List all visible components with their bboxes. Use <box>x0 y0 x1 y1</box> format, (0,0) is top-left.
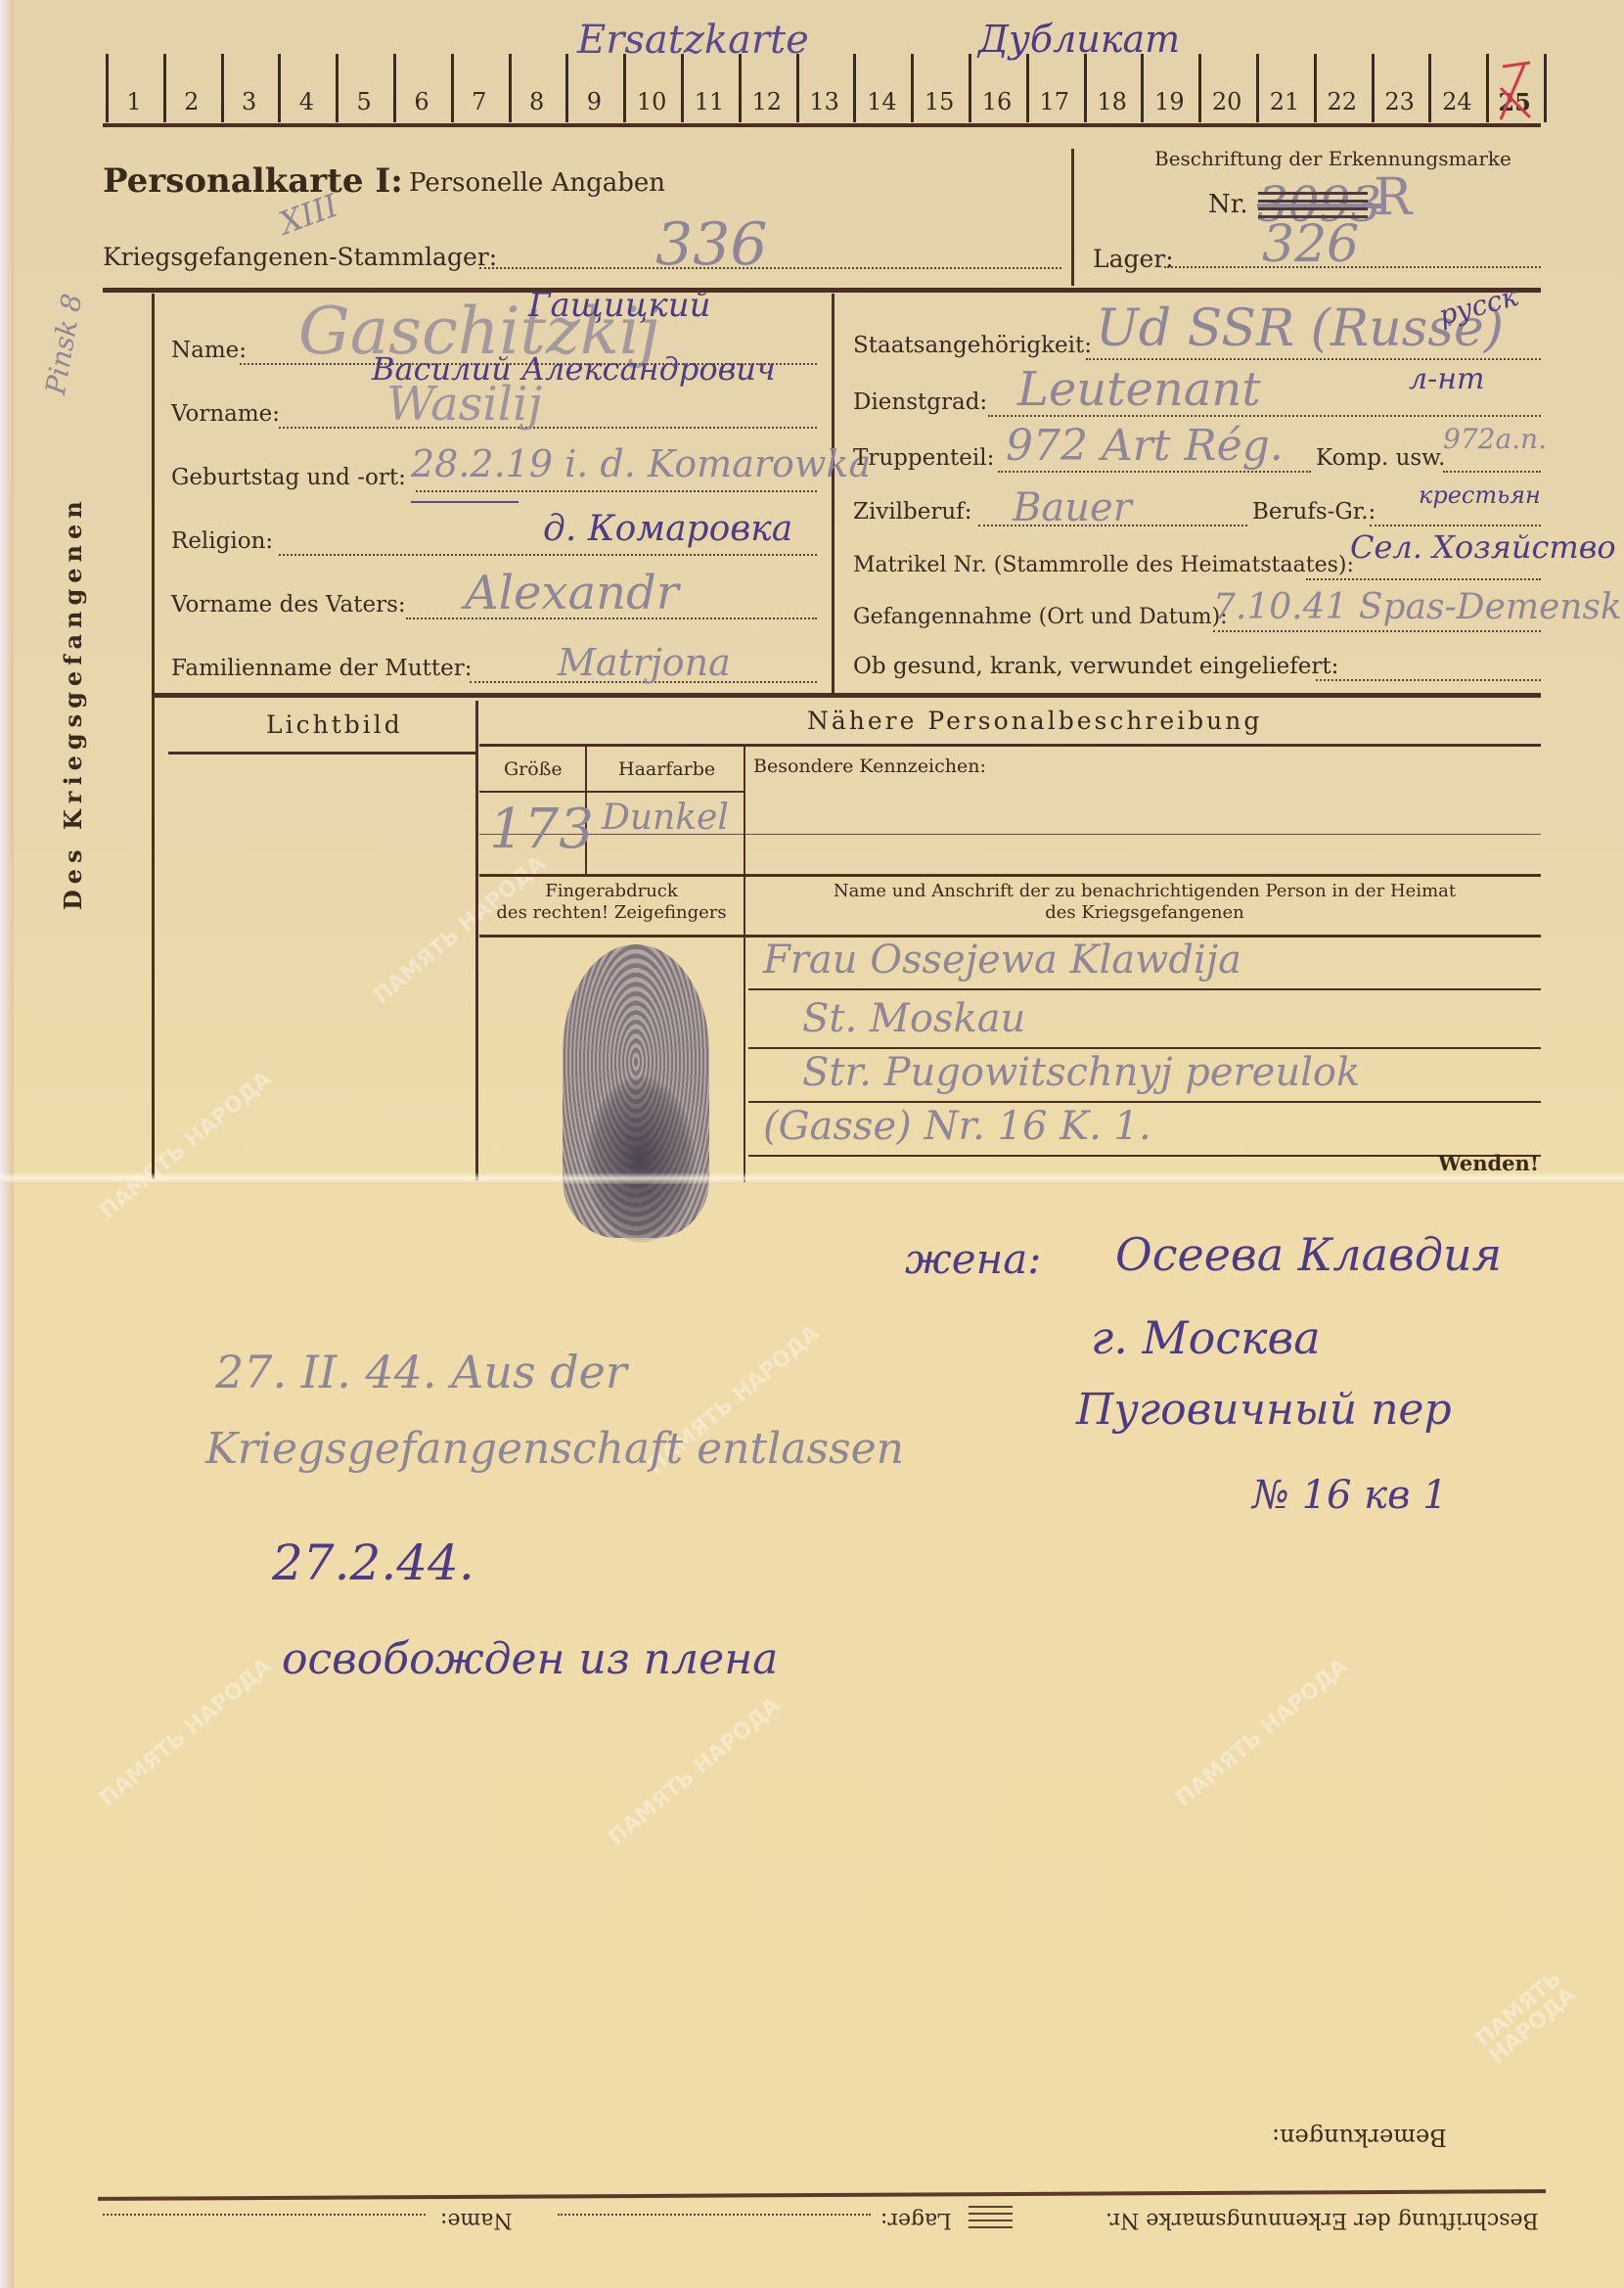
col-rule <box>479 791 744 793</box>
field-label: Ob gesund, krank, verwundet eingeliefert… <box>853 654 1338 679</box>
profession-group-value: крестьян <box>1419 481 1541 509</box>
kennzeichen-label: Besondere Kennzeichen: <box>753 755 986 777</box>
ruler-tick <box>336 54 338 122</box>
ruler-number: 8 <box>518 88 557 115</box>
field-line <box>1213 630 1541 632</box>
release-note-1: 27. II. 44. Aus der <box>215 1346 627 1398</box>
groesse-value: 173 <box>489 798 594 861</box>
vorname-value: Wasilij <box>386 377 542 432</box>
fingerprint-label-1: Fingerabdruck <box>479 881 744 902</box>
field-label: Truppenteil: <box>853 445 994 471</box>
red-cross-mark <box>1495 59 1534 123</box>
name-value-ru: Гащицкий <box>528 286 711 325</box>
ruler-tick <box>1428 54 1431 122</box>
rank-value: Leutenant <box>1017 362 1261 417</box>
field-label: Familienname der Mutter: <box>171 656 473 681</box>
contact-rule <box>748 988 1541 990</box>
ruler-tick <box>278 54 281 122</box>
wife-address-line: Осеева Клавдия <box>1115 1228 1502 1281</box>
section-rule <box>479 874 1541 877</box>
field-label: Dienstgrad: <box>853 389 987 415</box>
field-label: Vorname: <box>171 401 280 427</box>
ruler-tick <box>1198 54 1201 122</box>
haarfarbe-label: Haarfarbe <box>618 758 715 780</box>
field-label: Vorname des Vaters: <box>171 592 406 618</box>
erkennungsmarke-label: Beschriftung der Erkennungsmarke <box>1154 147 1511 170</box>
ruler-tick <box>1084 54 1087 122</box>
wife-address-line: № 16 кв 1 <box>1252 1473 1448 1518</box>
lager-label: Lager: <box>1093 245 1174 273</box>
watermark: ПАМЯТЬ НАРОДА <box>606 1695 785 1851</box>
field-line <box>279 554 817 556</box>
ruler-baseline <box>103 123 1541 127</box>
paper-fold <box>0 1172 1624 1184</box>
release-note-2: Kriegsgefangenschaft entlassen <box>205 1424 904 1474</box>
remarks-label: Bemerkungen: <box>1272 2124 1447 2151</box>
birth-value: 28.2.19 i. d. Komarowka <box>411 442 871 485</box>
ruler-number: 2 <box>172 88 211 115</box>
photo-box <box>168 755 474 1176</box>
photo-divider <box>475 701 478 1180</box>
contact-label: Name und Anschrift der zu benachrichtige… <box>753 881 1536 924</box>
mother-value: Matrjona <box>558 641 731 684</box>
hand-duplicate: Дубликат <box>978 18 1180 61</box>
section-rule <box>103 288 1541 293</box>
company-value: 972а.п. <box>1443 423 1547 455</box>
stammlager-value: 336 <box>655 210 768 279</box>
contact-line: Str. Pugowitschnyj pereulok <box>802 1050 1360 1095</box>
fingerprint-label-2: des rechten! Zeigefingers <box>479 902 744 924</box>
document-page: ПАМЯТЬ НАРОДА ПАМЯТЬ НАРОДА ПАМЯТЬ НАРОД… <box>0 0 1624 2288</box>
ruler-tick <box>565 54 568 122</box>
birth-underline <box>411 501 519 503</box>
lager-value: 326 <box>1262 215 1359 274</box>
profession-value: Bauer <box>1013 485 1132 530</box>
field-line <box>1086 358 1541 360</box>
footer-name-line <box>103 2214 426 2216</box>
footer-rule <box>98 2189 1546 2201</box>
section-rule <box>479 744 1541 747</box>
field-label: Zivilberuf: <box>853 499 971 525</box>
field-label: Geburtstag und -ort: <box>171 465 406 490</box>
ruler-number: 23 <box>1380 88 1420 115</box>
contact-label-1: Name und Anschrift der zu benachrichtige… <box>753 881 1536 902</box>
ruler-number: 9 <box>574 88 613 115</box>
ruler-number: 7 <box>460 88 499 115</box>
contact-line: St. Moskau <box>802 996 1025 1041</box>
field-line <box>279 427 817 429</box>
section-rule <box>152 693 1541 698</box>
rank-value-ru: л-нт <box>1409 362 1484 396</box>
ruler-number: 6 <box>402 88 441 115</box>
birth-value-ru: д. Комаровка <box>543 509 792 549</box>
ruler-tick <box>1026 54 1029 122</box>
ruler-tick <box>1314 54 1317 122</box>
ruler-tick <box>509 54 512 122</box>
ruler-number: 1 <box>114 88 154 115</box>
wife-address-line: г. Москва <box>1091 1311 1321 1364</box>
photo-label: Lichtbild <box>266 710 403 739</box>
ruler-number: 21 <box>1265 88 1304 115</box>
footer-marke-label: Beschriftung der Erkennungsmarke Nr. <box>1105 2208 1539 2232</box>
field-label: Staatsangehörigkeit: <box>853 333 1092 358</box>
ruler-tick <box>106 54 109 122</box>
side-divider <box>152 294 155 1179</box>
section-title: Nähere Personalbeschreibung <box>807 707 1262 735</box>
release-note-ru: освобожден из плена <box>282 1634 778 1684</box>
watermark: ПАМЯТЬ НАРОДА <box>97 1656 276 1811</box>
photo-rule <box>168 752 475 755</box>
ruler-tick <box>1486 54 1489 122</box>
ruler-tick <box>623 54 626 122</box>
wife-address-line: Пуговичный пер <box>1076 1385 1452 1435</box>
ruler-tick <box>1256 54 1259 122</box>
ruler-number: 17 <box>1035 88 1074 115</box>
fingerprint-label: Fingerabdruck des rechten! Zeigefingers <box>479 881 744 924</box>
ruler-tick <box>969 54 971 122</box>
margin-pencil-note: Pinsk 8 <box>39 292 89 397</box>
ruler-number: 3 <box>230 88 269 115</box>
field-label: Gefangennahme (Ort und Datum): <box>853 605 1228 629</box>
ruler-number: 5 <box>344 88 383 115</box>
nr-label: Nr. <box>1208 190 1248 219</box>
ruler-tick <box>739 54 742 122</box>
field-line <box>416 490 817 492</box>
card-title: Personalkarte I: <box>103 161 403 201</box>
contact-rule <box>748 1155 1541 1157</box>
ruler-tick <box>221 54 224 122</box>
footer-strike-lines <box>969 2206 1013 2228</box>
ruler-number: 19 <box>1150 88 1189 115</box>
ruler-number: 14 <box>862 88 901 115</box>
ruler-tick <box>1372 54 1375 122</box>
contact-line: Frau Ossejewa Klawdija <box>763 938 1241 983</box>
side-label: Des Kriegsgefangenen <box>59 495 87 910</box>
field-line <box>1306 578 1541 580</box>
unit-value: 972 Art Rég. <box>1006 421 1284 471</box>
ruler-tick <box>393 54 396 122</box>
ruler-number: 16 <box>977 88 1016 115</box>
footer-name-label: Name: <box>440 2208 513 2232</box>
nr-strike-lines <box>1258 192 1368 218</box>
field-label: Religion: <box>171 528 273 554</box>
ruler-tick <box>796 54 799 122</box>
stammlager-label: Kriegsgefangenen-Stammlager: <box>103 243 497 271</box>
contact-label-2: des Kriegsgefangenen <box>753 902 1536 924</box>
ruler-tick <box>1141 54 1144 122</box>
father-value: Alexandr <box>465 566 679 620</box>
ruler-number: 10 <box>632 88 671 115</box>
contact-rule <box>748 1101 1541 1103</box>
ruler-tick <box>853 54 856 122</box>
ruler-number: 22 <box>1323 88 1362 115</box>
ruler-tick <box>1544 54 1547 122</box>
ruler-tick <box>681 54 684 122</box>
groesse-label: Größe <box>504 758 563 780</box>
ruler-number: 4 <box>287 88 326 115</box>
contact-line: (Gasse) Nr. 16 K. 1. <box>763 1104 1151 1149</box>
ruler-number: 12 <box>747 88 787 115</box>
fields-divider <box>832 294 835 693</box>
field-line <box>1316 679 1541 681</box>
fingerprint-smudge <box>587 1076 695 1243</box>
field-label: Matrikel Nr. (Stammrolle des Heimatstaat… <box>853 553 1354 577</box>
field-extra-label: Berufs-Gr.: <box>1252 499 1376 525</box>
ruler-number: 20 <box>1207 88 1246 115</box>
field-line <box>998 471 1311 473</box>
wife-label: жена: <box>905 1235 1041 1283</box>
contact-rule <box>748 1047 1541 1049</box>
col-divider <box>744 747 745 1182</box>
field-extra-label: Komp. usw. <box>1316 445 1445 471</box>
ruler-number: 15 <box>920 88 959 115</box>
hand-ersatzkarte: Ersatzkarte <box>577 18 809 63</box>
ruler-tick <box>911 54 914 122</box>
stammlager-line <box>479 267 1061 269</box>
ruler-number: 13 <box>805 88 844 115</box>
header-divider <box>1071 149 1074 286</box>
ruler-number: 11 <box>690 88 729 115</box>
page-edge <box>0 0 14 2288</box>
ruler-tick <box>163 54 166 122</box>
haarfarbe-value: Dunkel <box>602 798 729 838</box>
release-date: 27.2.44. <box>272 1534 474 1591</box>
footer-lager-label: Lager: <box>880 2208 952 2232</box>
ruler-number: 18 <box>1093 88 1132 115</box>
watermark: ПАМЯТЬ НАРОДА <box>1437 1939 1614 2097</box>
ruler-number: 24 <box>1437 88 1476 115</box>
field-label: Name: <box>171 338 247 363</box>
matrikel-value-ru: Сел. Хозяйство <box>1350 528 1616 566</box>
field-line <box>1370 525 1541 526</box>
card-subtitle: Personelle Angaben <box>409 168 665 198</box>
footer-lager-line <box>558 2214 871 2216</box>
capture-value: 7.10.41 Spas-Demensk <box>1213 587 1622 627</box>
ruler-tick <box>451 54 454 122</box>
watermark: ПАМЯТЬ НАРОДА <box>1173 1656 1352 1811</box>
field-line <box>1443 471 1541 473</box>
nr-suffix: R <box>1374 168 1412 227</box>
